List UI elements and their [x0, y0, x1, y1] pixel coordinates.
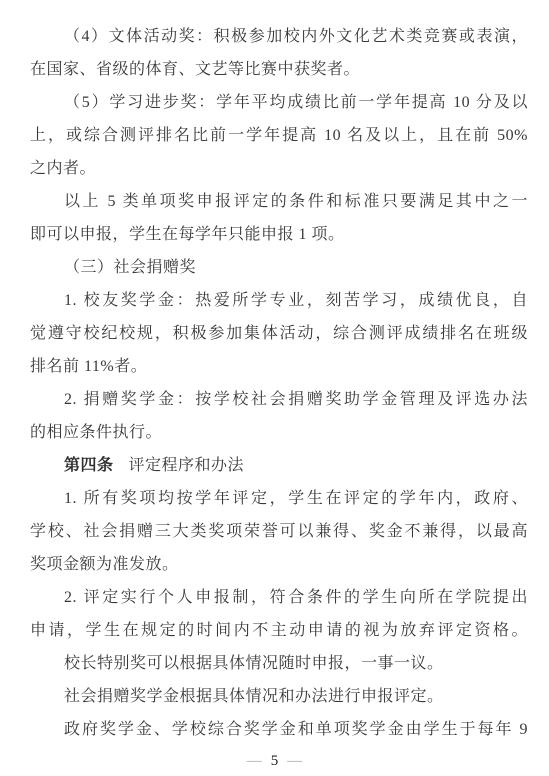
footer-dash-right: — — [287, 753, 302, 769]
text-line: 政府奖学金、学校综合奖学金和单项奖学金由学生于每年 9 — [30, 713, 528, 746]
text-line: 即可以申报，学生在每学年只能申报 1 项。 — [30, 218, 528, 251]
text-line: 学校、社会捐赠三大类奖项荣誉可以兼得、奖金不兼得，以最高 — [30, 515, 528, 548]
text-line: 校长特别奖可以根据具体情况随时申报，一事一议。 — [30, 647, 528, 680]
text-line: 奖项金额为准发放。 — [30, 548, 528, 581]
text-line: 在国家、省级的体育、文艺等比赛中获奖者。 — [30, 53, 528, 86]
section-heading-social-donation: （三）社会捐赠奖 — [30, 251, 528, 284]
text-line: 排名前 11%者。 — [30, 350, 528, 383]
article-4-label: 第四条 — [64, 457, 114, 474]
text-line: 之内者。 — [30, 152, 528, 185]
text-line: （4）文体活动奖：积极参加校内外文化艺术类竞赛或表演， — [30, 20, 528, 53]
text-line: 觉遵守校纪校规，积极参加集体活动，综合测评成绩排名在班级 — [30, 317, 528, 350]
text-line: （5）学习进步奖：学年平均成绩比前一学年提高 10 分及以 — [30, 86, 528, 119]
text-line: 1. 所有奖项均按学年评定，学生在评定的学年内，政府、 — [30, 482, 528, 515]
text-line: 2. 捐赠奖学金：按学校社会捐赠奖助学金管理及评选办法 — [30, 383, 528, 416]
text-line: 社会捐赠奖学金根据具体情况和办法进行申报评定。 — [30, 680, 528, 713]
text-line: 以上 5 类单项奖申报评定的条件和标准只要满足其中之一 — [30, 185, 528, 218]
page-footer: —5— — [0, 751, 549, 771]
article-4-heading: 第四条评定程序和办法 — [30, 449, 528, 482]
text-line: 申请，学生在规定的时间内不主动申请的视为放弃评定资格。 — [30, 614, 528, 647]
page-number: 5 — [271, 753, 279, 769]
footer-dash-left: — — [247, 753, 262, 769]
text-line: 上，或综合测评排名比前一学年提高 10 名及以上，且在前 50% — [30, 119, 528, 152]
document-page: （4）文体活动奖：积极参加校内外文化艺术类竞赛或表演， 在国家、省级的体育、文艺… — [0, 0, 549, 776]
text-line: 1. 校友奖学金：热爱所学专业，刻苦学习，成绩优良，自 — [30, 284, 528, 317]
text-line: 2. 评定实行个人申报制，符合条件的学生向所在学院提出 — [30, 581, 528, 614]
document-body: （4）文体活动奖：积极参加校内外文化艺术类竞赛或表演， 在国家、省级的体育、文艺… — [0, 0, 549, 746]
text-line: 的相应条件执行。 — [30, 416, 528, 449]
article-4-title: 评定程序和办法 — [129, 457, 245, 474]
